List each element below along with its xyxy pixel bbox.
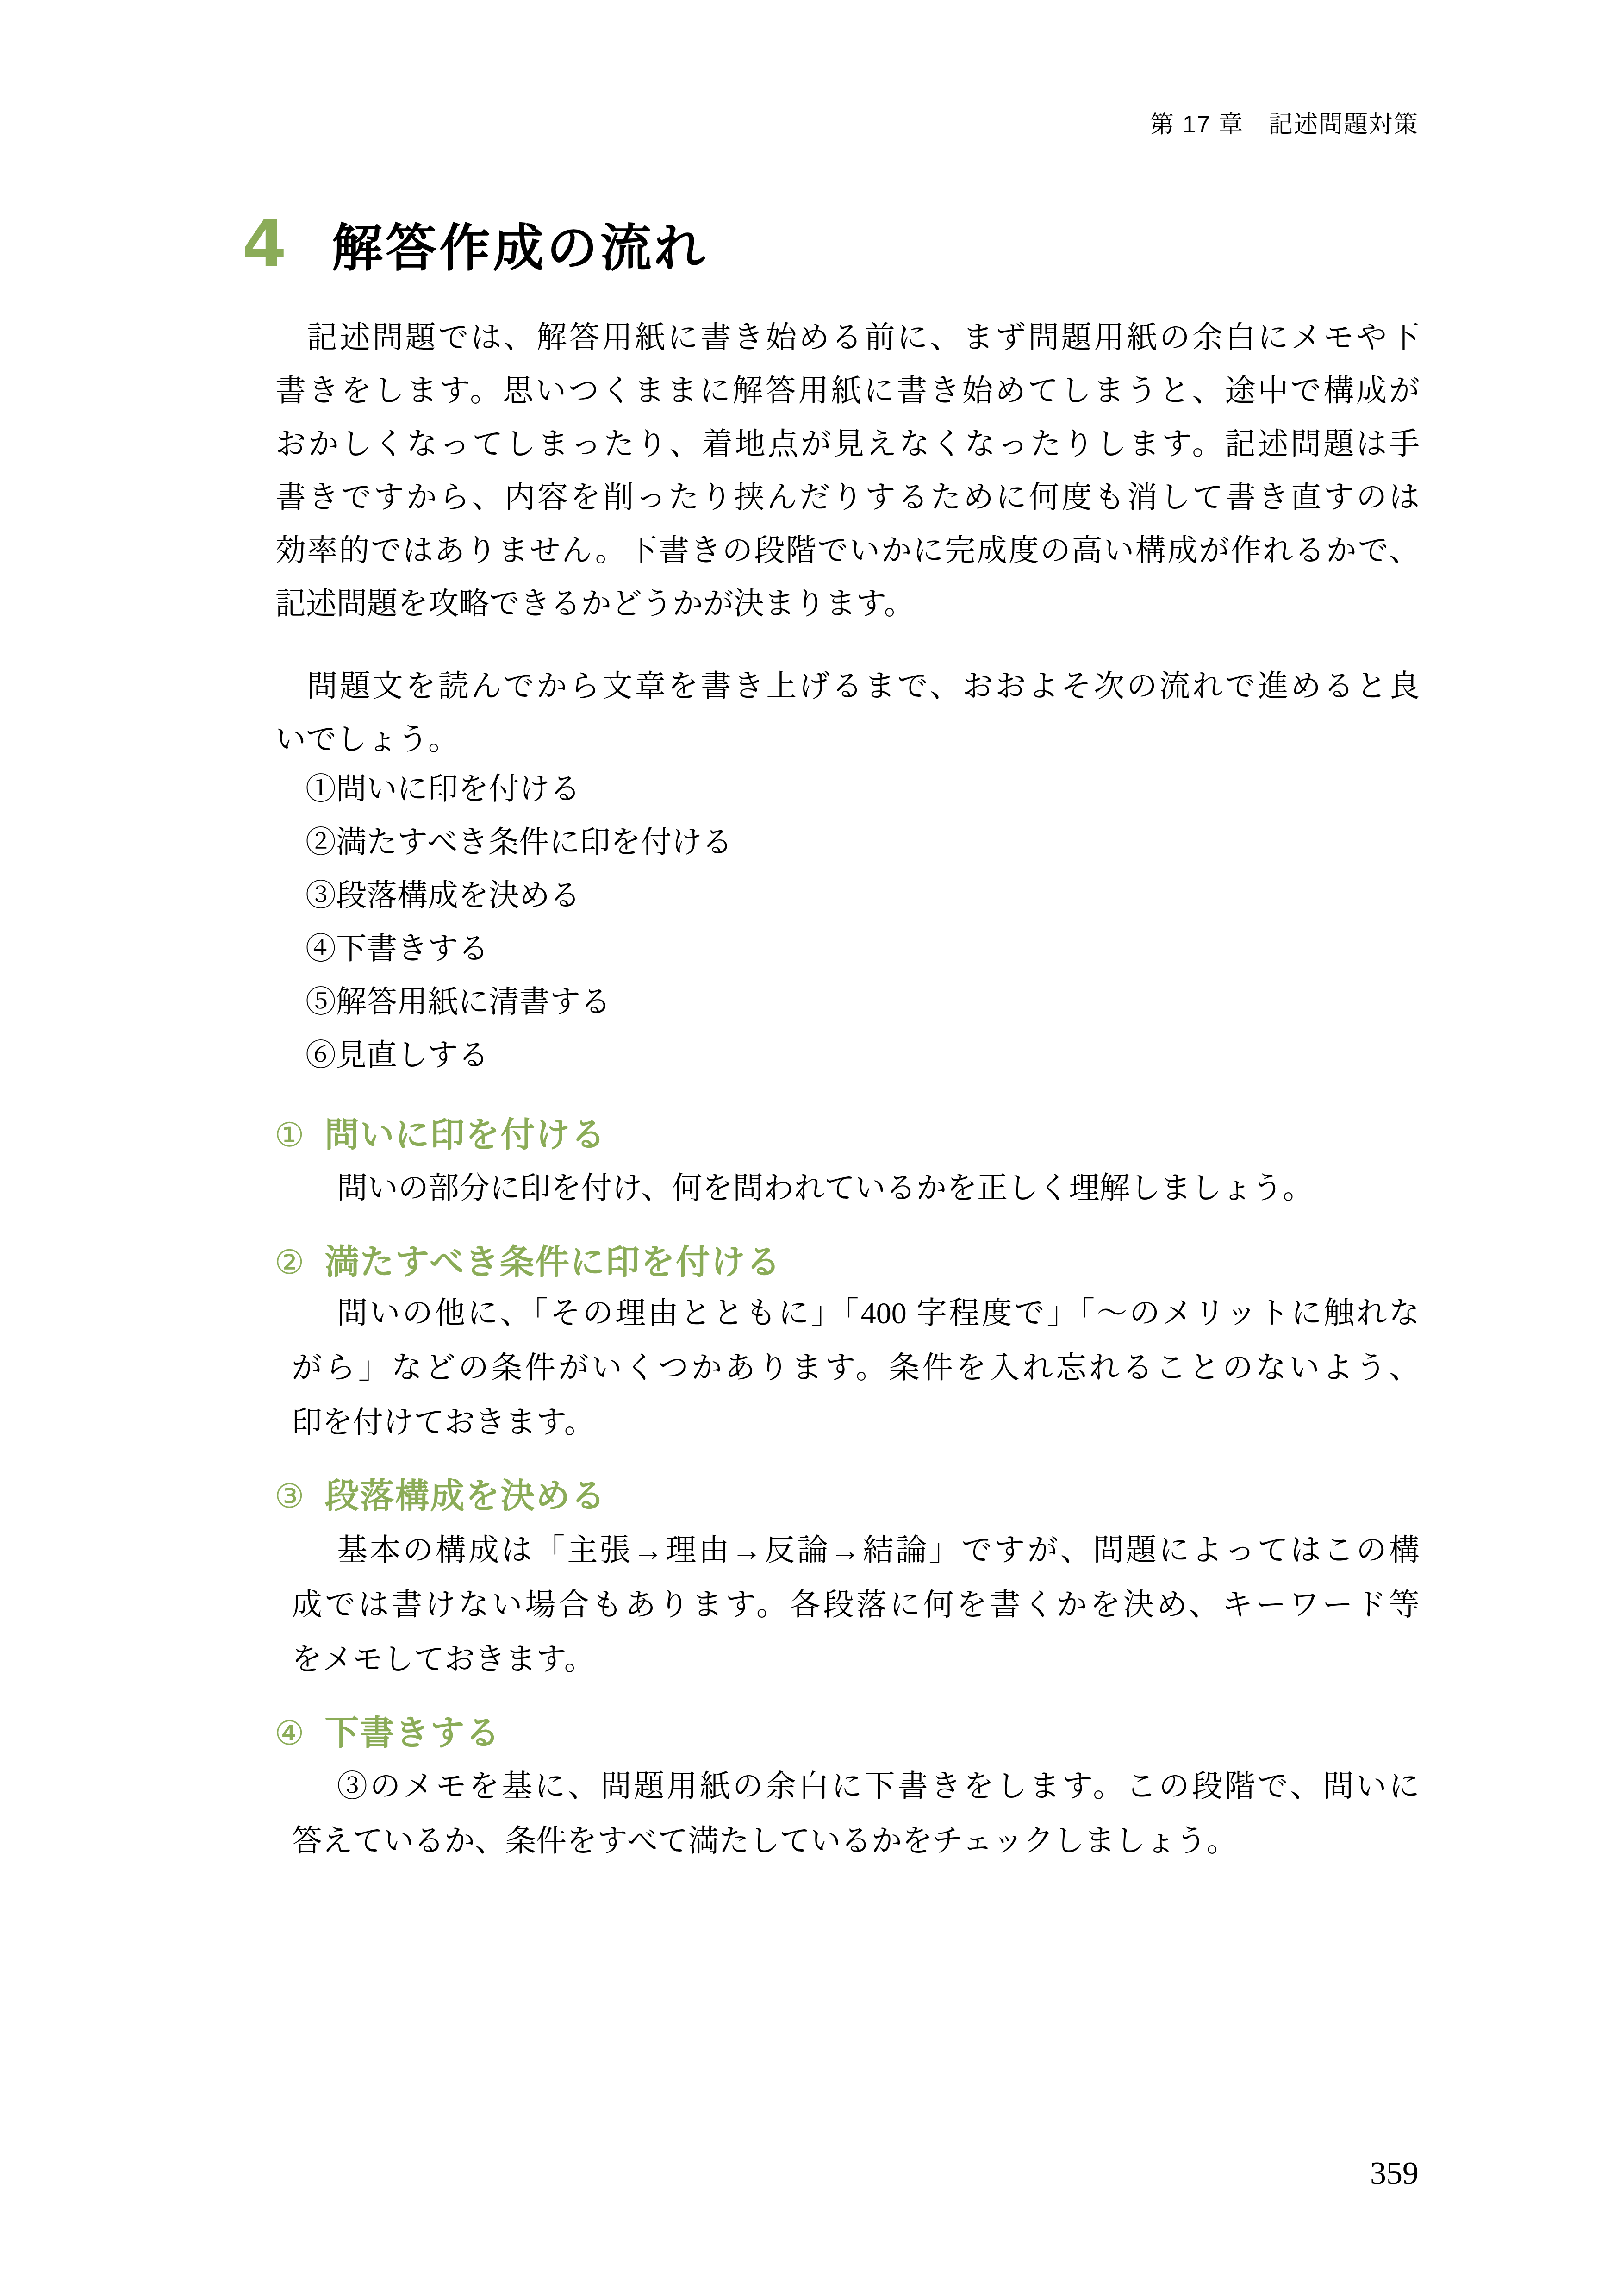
circled-number-icon: ④ (274, 1714, 305, 1752)
text-line: おかしくなってしまったり、着地点が見えなくなったりします。記述問題は手 (275, 418, 1420, 471)
circled-number-icon: ② (274, 1243, 305, 1282)
book-page: 第 17 章 記述問題対策 4解答作成の流れ 記述問題では、解答用紙に書き始める… (0, 0, 1620, 2296)
subsection-heading-label: 問いに印を付ける (325, 1115, 606, 1154)
subsection-heading-label: 段落構成を決める (325, 1476, 606, 1515)
subsection-heading: ④下書きする (274, 1714, 501, 1761)
step-item: ③段落構成を決める (305, 869, 733, 922)
subsection-heading: ①問いに印を付ける (274, 1116, 606, 1163)
text-line: 記述問題では、解答用紙に書き始める前に、まず問題用紙の余白にメモや下 (275, 311, 1420, 364)
text-line: 問いの部分に印を付け、何を問われているかを正しく理解しましょう。 (292, 1161, 1420, 1216)
section-title-number: 4 (242, 206, 287, 281)
step-item: ④下書きする (305, 922, 733, 976)
subsection-body: ③のメモを基に、問題用紙の余白に下書きをします。この段階で、問いに答えているか、… (292, 1759, 1420, 1869)
subsection-body: 問いの部分に印を付け、何を問われているかを正しく理解しましょう。 (292, 1161, 1420, 1216)
step-item: ⑥見直しする (305, 1029, 733, 1082)
text-line: 問題文を読んでから文章を書き上げるまで、おおよそ次の流れで進めると良 (275, 660, 1420, 713)
subsection-body: 問いの他に、「その理由とともに」「400 字程度で」「〜のメリットに触れながら」… (292, 1286, 1420, 1450)
page-number: 359 (1370, 2158, 1419, 2190)
text-line: 印を付けておきます。 (292, 1395, 1420, 1450)
text-line: 記述問題を攻略できるかどうかが決まります。 (275, 577, 1420, 631)
text-line: がら」などの条件がいくつかあります。条件を入れ忘れることのないよう、 (292, 1341, 1420, 1395)
text-line: をメモしておきます。 (292, 1633, 1420, 1687)
section-title: 4解答作成の流れ (242, 209, 708, 299)
circled-number-icon: ① (274, 1115, 305, 1154)
subsection-heading-label: 下書きする (325, 1714, 501, 1752)
intro-paragraph-2: 問題文を読んでから文章を書き上げるまで、おおよそ次の流れで進めると良いでしょう。 (275, 660, 1420, 766)
step-item: ②満たすべき条件に印を付ける (305, 816, 733, 869)
text-line: 書きをします。思いつくままに解答用紙に書き始めてしまうと、途中で構成が (275, 364, 1420, 418)
circled-number-icon: ③ (274, 1476, 305, 1515)
step-item: ①問いに印を付ける (305, 763, 733, 816)
text-line: いでしょう。 (275, 713, 1420, 766)
intro-paragraph-1: 記述問題では、解答用紙に書き始める前に、まず問題用紙の余白にメモや下書きをします… (275, 311, 1420, 631)
chapter-header: 第 17 章 記述問題対策 (1150, 111, 1419, 138)
subsection-heading-label: 満たすべき条件に印を付ける (325, 1243, 782, 1281)
text-line: 問いの他に、「その理由とともに」「400 字程度で」「〜のメリットに触れな (292, 1286, 1420, 1341)
subsection-heading: ②満たすべき条件に印を付ける (274, 1244, 781, 1290)
text-line: 書きですから、内容を削ったり挟んだりするために何度も消して書き直すのは (275, 471, 1420, 524)
subsection-body: 基本の構成は「主張→理由→反論→結論」ですが、問題によってはこの構成では書けない… (292, 1523, 1420, 1687)
steps-list: ①問いに印を付ける②満たすべき条件に印を付ける③段落構成を決める④下書きする⑤解… (305, 763, 733, 1082)
step-item: ⑤解答用紙に清書する (305, 976, 733, 1029)
text-line: 基本の構成は「主張→理由→反論→結論」ですが、問題によってはこの構 (292, 1523, 1420, 1578)
text-line: 成では書けない場合もあります。各段落に何を書くかを決め、キーワード等 (292, 1578, 1420, 1633)
text-line: 効率的ではありません。下書きの段階でいかに完成度の高い構成が作れるかで、 (275, 524, 1420, 577)
section-title-text: 解答作成の流れ (332, 220, 708, 277)
text-line: 答えているか、条件をすべて満たしているかをチェックしましょう。 (292, 1814, 1420, 1869)
subsection-heading: ③段落構成を決める (274, 1477, 606, 1524)
text-line: ③のメモを基に、問題用紙の余白に下書きをします。この段階で、問いに (292, 1759, 1420, 1814)
